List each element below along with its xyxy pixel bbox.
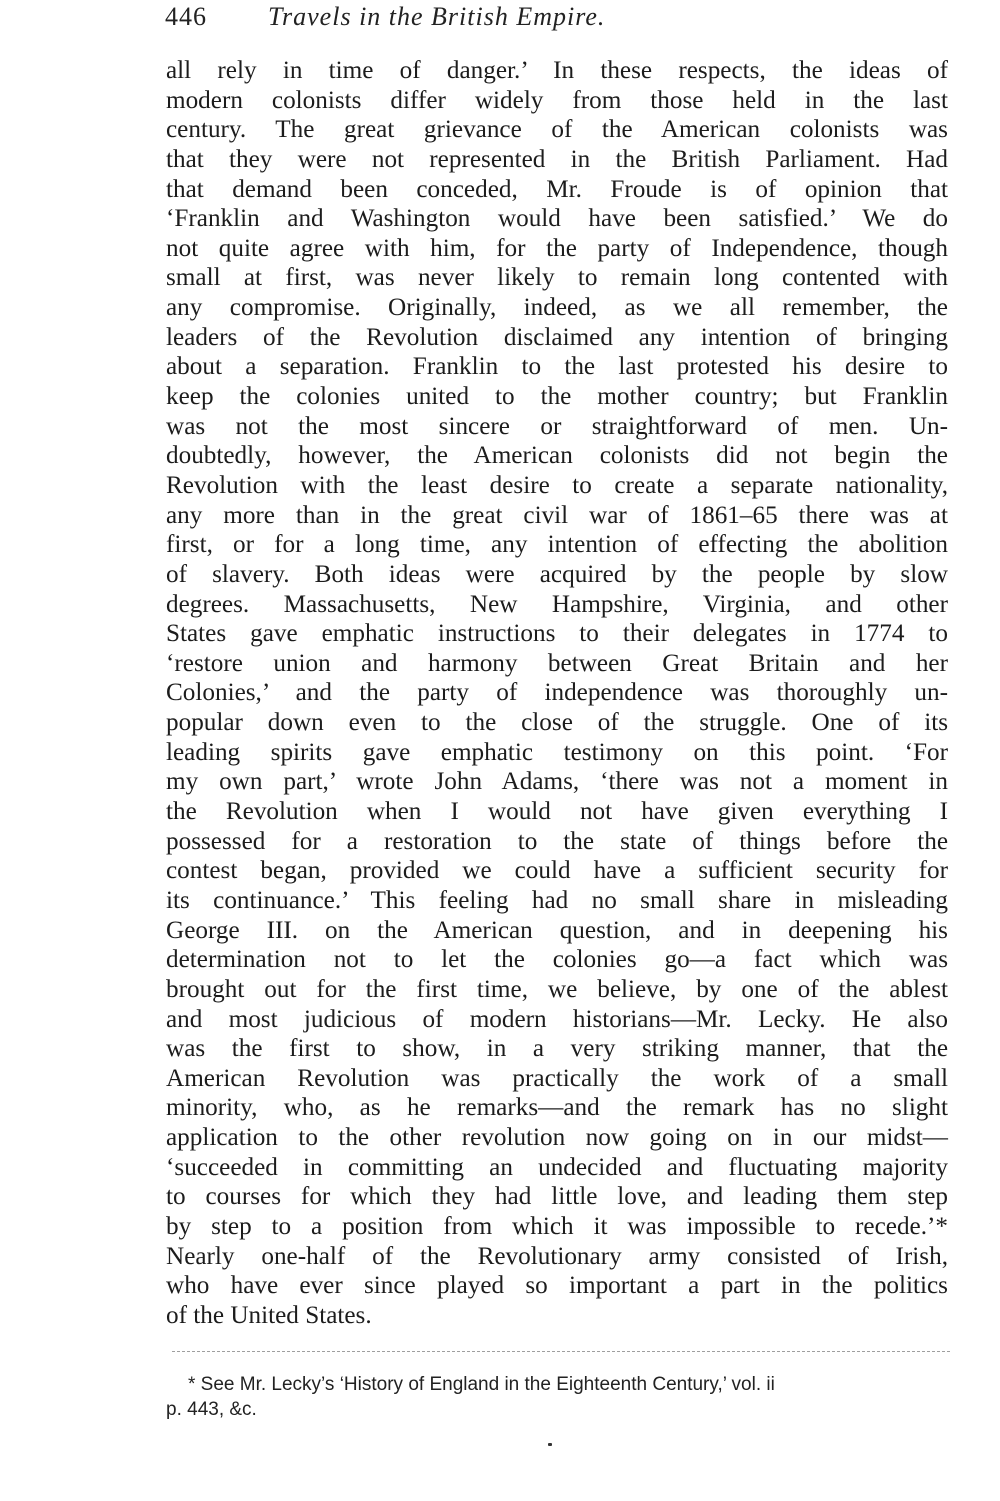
text-line: minority, who, as he remarks—and the rem… [166, 1093, 948, 1123]
text-line: popular down even to the close of the st… [166, 708, 948, 738]
text-line: to courses for which they had little lov… [166, 1182, 948, 1212]
text-line: Colonies,’ and the party of independence… [166, 678, 948, 708]
text-line: that demand been conceded, Mr. Froude is… [166, 175, 948, 205]
text-line: George III. on the American question, an… [166, 916, 948, 946]
text-line: Nearly one-half of the Revolutionary arm… [166, 1242, 948, 1272]
text-line: all rely in time of danger.’ In these re… [166, 56, 948, 86]
footnote-line: p. 443, &c. [166, 1397, 950, 1422]
text-line: American Revolution was practically the … [166, 1064, 948, 1094]
text-line: century. The great grievance of the Amer… [166, 115, 948, 145]
text-line: the Revolution when I would not have giv… [166, 797, 948, 827]
text-line: and most judicious of modern historians—… [166, 1005, 948, 1035]
text-line: of the United States. [166, 1301, 948, 1331]
text-line: any compromise. Originally, indeed, as w… [166, 293, 948, 323]
text-line: my own part,’ wrote John Adams, ‘there w… [166, 767, 948, 797]
footnote-line: * See Mr. Lecky’s ‘History of England in… [188, 1372, 950, 1397]
text-line: States gave emphatic instructions to the… [166, 619, 948, 649]
text-line: leading spirits gave emphatic testimony … [166, 738, 948, 768]
text-line: contest began, provided we could have a … [166, 856, 948, 886]
text-line: ‘Franklin and Washington would have been… [166, 204, 948, 234]
text-line: doubtedly, however, the American colonis… [166, 441, 948, 471]
running-head: 446 Travels in the British Empire. [165, 2, 955, 34]
text-line: that they were not represented in the Br… [166, 145, 948, 175]
text-line: ‘restore union and harmony between Great… [166, 649, 948, 679]
scan-speck [548, 1443, 552, 1446]
text-line: determination not to let the colonies go… [166, 945, 948, 975]
body-text: all rely in time of danger.’ In these re… [166, 56, 948, 1331]
text-line: was not the most sincere or straightforw… [166, 412, 948, 442]
book-page: 446 Travels in the British Empire. all r… [0, 0, 1000, 1501]
text-line: ‘succeeded in committing an undecided an… [166, 1153, 948, 1183]
text-line: leaders of the Revolution disclaimed any… [166, 323, 948, 353]
running-title: Travels in the British Empire. [268, 2, 605, 32]
footnote-divider [172, 1351, 950, 1352]
text-line: who have ever since played so important … [166, 1271, 948, 1301]
text-line: possessed for a restoration to the state… [166, 827, 948, 857]
text-line: by step to a position from which it was … [166, 1212, 948, 1242]
text-line: Revolution with the least desire to crea… [166, 471, 948, 501]
text-line: any more than in the great civil war of … [166, 501, 948, 531]
text-line: application to the other revolution now … [166, 1123, 948, 1153]
page-number: 446 [165, 2, 207, 32]
text-line: brought out for the first time, we belie… [166, 975, 948, 1005]
text-line: of slavery. Both ideas were acquired by … [166, 560, 948, 590]
text-line: keep the colonies united to the mother c… [166, 382, 948, 412]
text-line: was the first to show, in a very strikin… [166, 1034, 948, 1064]
text-line: degrees. Massachusetts, New Hampshire, V… [166, 590, 948, 620]
footnote: * See Mr. Lecky’s ‘History of England in… [188, 1372, 950, 1422]
text-line: small at first, was never likely to rema… [166, 263, 948, 293]
text-line: modern colonists differ widely from thos… [166, 86, 948, 116]
text-line: not quite agree with him, for the party … [166, 234, 948, 264]
text-line: first, or for a long time, any intention… [166, 530, 948, 560]
text-line: its continuance.’ This feeling had no sm… [166, 886, 948, 916]
text-line: about a separation. Franklin to the last… [166, 352, 948, 382]
